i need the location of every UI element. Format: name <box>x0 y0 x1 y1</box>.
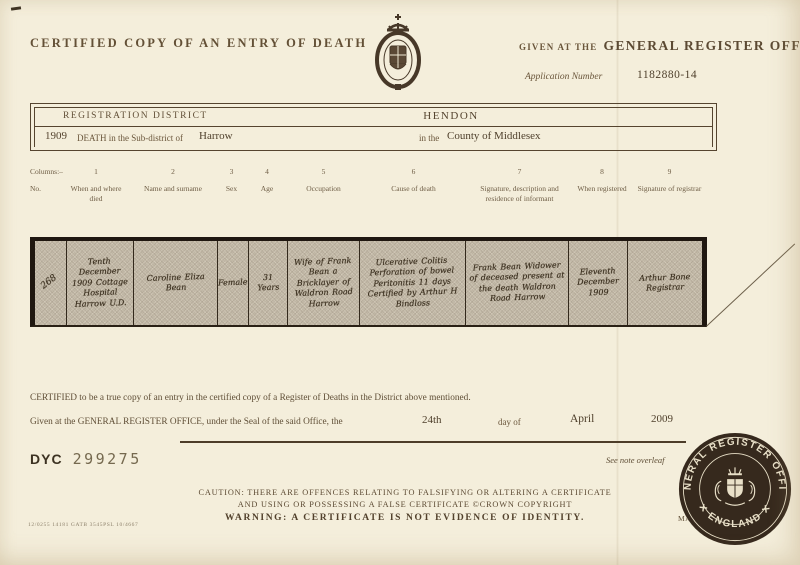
horizontal-rule <box>180 441 686 443</box>
column-number-6: 6 <box>360 167 467 176</box>
corner-mark <box>11 6 21 10</box>
column-headers-row: No. When and where died Name and surname… <box>30 184 707 204</box>
registration-district-box: REGISTRATION DISTRICT HENDON 1909 DEATH … <box>30 103 717 151</box>
register-entry-strip: 268 Tenth December 1909 Cottage Hospital… <box>30 237 707 327</box>
registration-district-value: HENDON <box>371 110 531 122</box>
registration-year: 1909 <box>45 130 67 142</box>
subdistrict-label: DEATH in the Sub-district of <box>77 133 183 143</box>
columns-label: Columns:– <box>30 167 62 176</box>
entry-cell-cause-of-death: Ulcerative Colitis Perforation of bowel … <box>360 241 465 325</box>
issue-year: 2009 <box>651 413 673 425</box>
entry-cell-name: Caroline Eliza Bean <box>134 241 219 325</box>
entry-cell-registrar: Arthur Bone Registrar <box>628 241 702 325</box>
column-number-2: 2 <box>130 167 216 176</box>
gro-seal: GENERAL REGISTER OFFICE ✕ ENGLAND ✕ <box>676 430 794 553</box>
column-numbers-row: Columns:– 1 2 3 4 5 6 7 8 9 <box>30 167 707 176</box>
given-at-label: GIVEN AT THE <box>519 42 597 52</box>
column-number-4: 4 <box>247 167 287 176</box>
column-header-age: Age <box>247 184 287 204</box>
entry-cell-sex: Female <box>218 241 249 325</box>
entry-when-where-died: Tenth December 1909 Cottage Hospital Har… <box>68 256 132 310</box>
county-value: County of Middlesex <box>447 130 541 142</box>
entry-age: 31 Years <box>251 272 286 294</box>
page-title: CERTIFIED COPY OF AN ENTRY OF DEATH <box>30 36 367 51</box>
column-header-cause: Cause of death <box>360 184 467 204</box>
column-number-3: 3 <box>216 167 247 176</box>
given-at-statement: Given at the GENERAL REGISTER OFFICE, un… <box>30 417 343 427</box>
entry-cell-when-registered: Eleventh December 1909 <box>569 241 628 325</box>
entry-sex: Female <box>218 277 248 288</box>
application-number-value: 1182880-14 <box>637 69 697 81</box>
royal-crest-icon <box>369 12 427 99</box>
column-number-9: 9 <box>632 167 707 176</box>
warning-text: WARNING: A CERTIFICATE IS NOT EVIDENCE O… <box>145 513 665 523</box>
entry-when-registered: Eleventh December 1909 <box>570 266 625 299</box>
serial-number: 299275 <box>73 450 142 468</box>
column-number-7: 7 <box>467 167 572 176</box>
caution-line-2: AND USING OR POSSESSING A FALSE CERTIFIC… <box>238 500 572 509</box>
column-header-name: Name and surname <box>130 184 216 204</box>
serial-prefix: DYC <box>30 451 63 467</box>
column-header-when-registered: When registered <box>572 184 632 204</box>
caution-line-1: CAUTION: THERE ARE OFFENCES RELATING TO … <box>199 488 612 497</box>
issue-day: 24th <box>422 414 442 426</box>
entry-informant: Frank Bean Widower of deceased present a… <box>467 261 567 306</box>
entry-closing-diagonal-line <box>706 243 795 326</box>
gro-office-label: GENERAL REGISTER OFFICE <box>603 38 800 54</box>
column-header-informant: Signature, description and residence of … <box>467 184 572 204</box>
column-header-occupation: Occupation <box>287 184 360 204</box>
registration-row-divider <box>34 126 713 127</box>
column-header-no: No. <box>30 184 62 204</box>
column-number-1: 1 <box>62 167 130 176</box>
entry-cell-when-where-died: Tenth December 1909 Cottage Hospital Har… <box>67 241 134 325</box>
column-header-sex: Sex <box>216 184 247 204</box>
gro-header: GIVEN AT THE GENERAL REGISTER OFFICE <box>519 38 800 54</box>
entry-cell-age: 31 Years <box>249 241 288 325</box>
see-note-overleaf: See note overleaf <box>606 455 665 465</box>
entry-no: 268 <box>39 273 60 293</box>
entry-registrar: Arthur Bone Registrar <box>630 271 701 294</box>
column-number-8: 8 <box>572 167 632 176</box>
entry-occupation: Wife of Frank Bean a Bricklayer of Waldr… <box>289 256 358 310</box>
certified-statement: CERTIFIED to be a true copy of an entry … <box>30 393 471 403</box>
certificate-serial: DYC 299275 <box>30 450 142 468</box>
in-the-label: in the <box>419 133 439 143</box>
issue-month: April <box>570 413 594 425</box>
column-header-registrar: Signature of registrar <box>632 184 707 204</box>
subdistrict-value: Harrow <box>199 130 233 142</box>
print-code: 12/0255 14181 GATB 3545PSL 10/4667 <box>28 522 138 528</box>
registration-district-label: REGISTRATION DISTRICT <box>63 111 208 121</box>
death-certificate-page: CERTIFIED COPY OF AN ENTRY OF DEATH <box>0 0 800 565</box>
entry-cell-occupation: Wife of Frank Bean a Bricklayer of Waldr… <box>288 241 360 325</box>
entry-cause-of-death: Ulcerative Colitis Perforation of bowel … <box>361 255 463 310</box>
caution-text: CAUTION: THERE ARE OFFENCES RELATING TO … <box>145 487 665 511</box>
entry-cell-informant: Frank Bean Widower of deceased present a… <box>466 241 569 325</box>
day-of-label: day of <box>498 417 521 427</box>
entry-name: Caroline Eliza Bean <box>135 271 215 295</box>
column-number-5: 5 <box>287 167 360 176</box>
entry-cell-no: 268 <box>35 241 67 325</box>
column-header-when-where-died: When and where died <box>62 184 130 204</box>
application-number-label: Application Number <box>525 72 602 82</box>
